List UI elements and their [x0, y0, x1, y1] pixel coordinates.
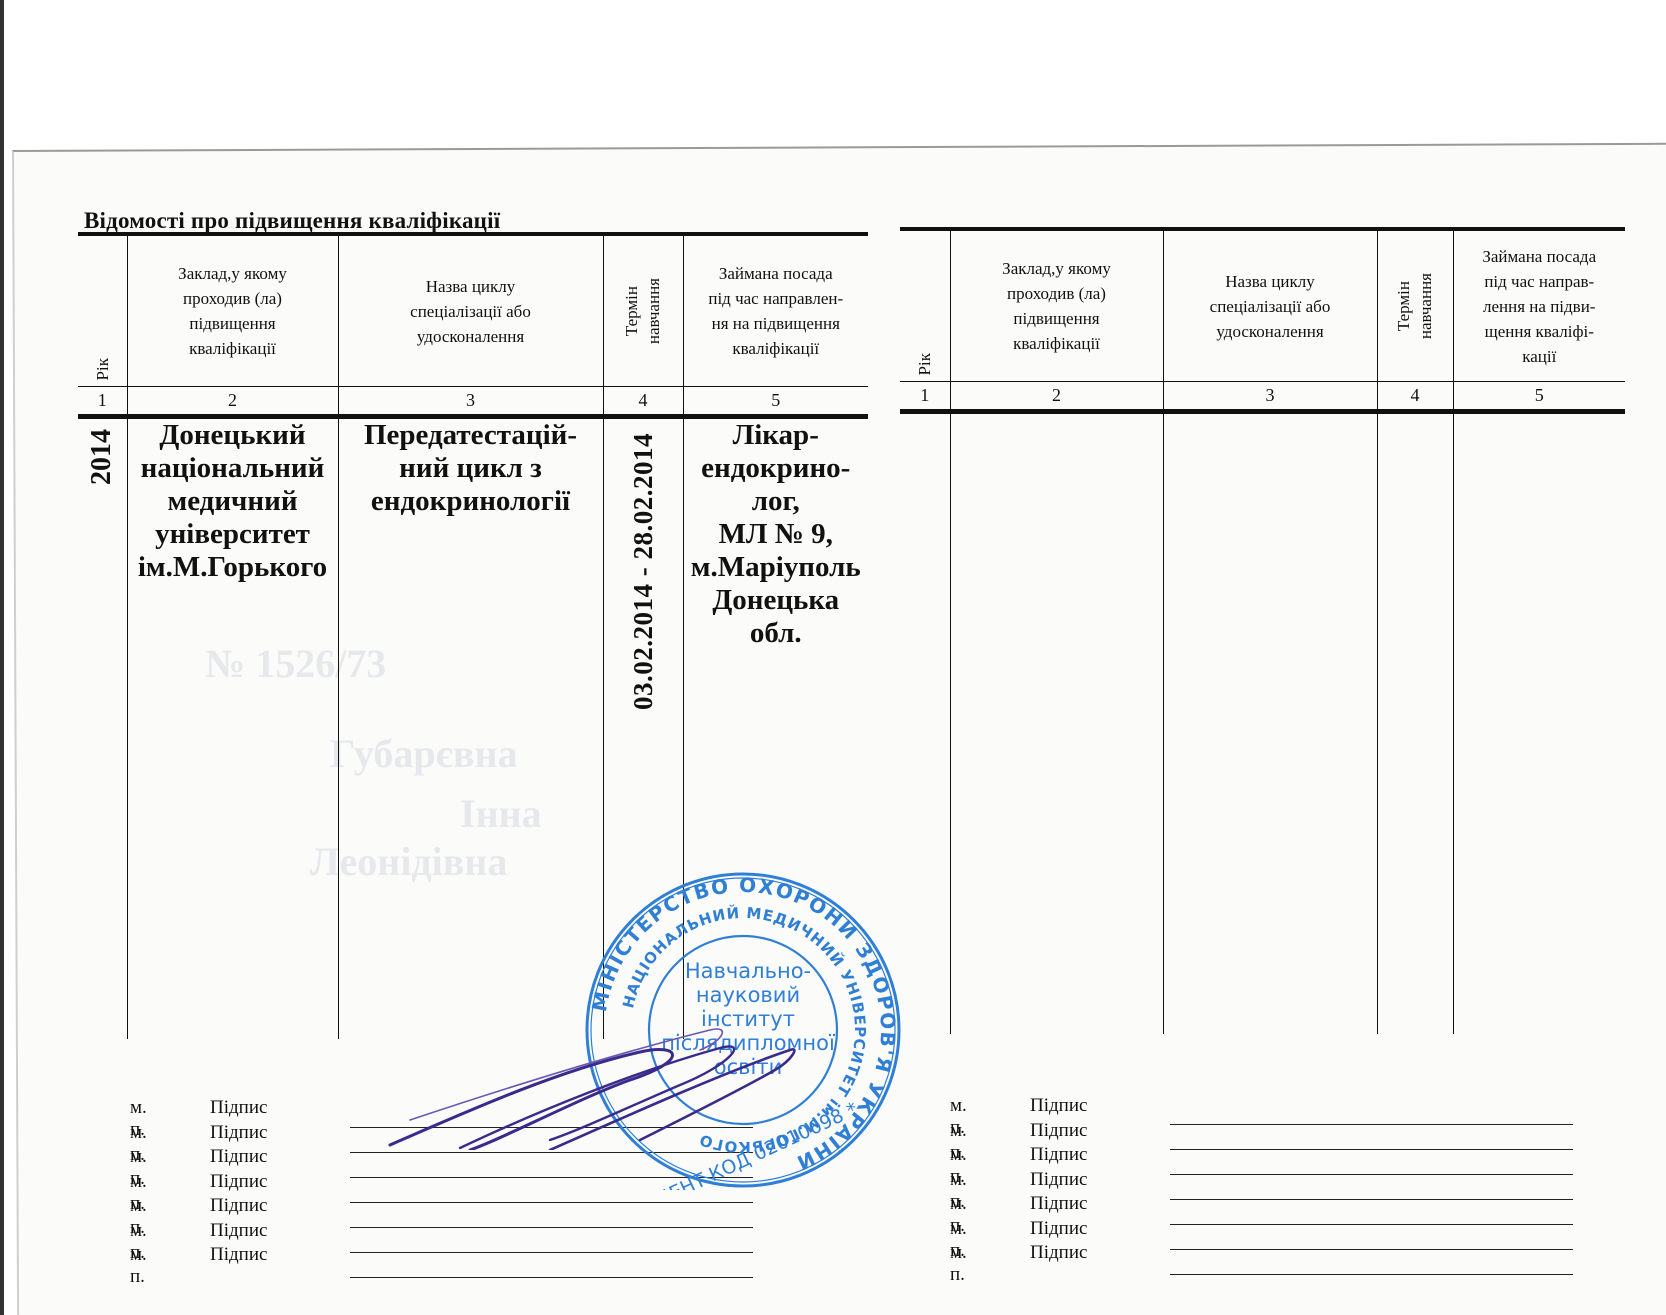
signature-label: Підпис: [210, 1171, 267, 1193]
signature-label: Підпис: [1030, 1193, 1087, 1215]
column-number: 5: [683, 387, 868, 417]
signature-line: [350, 1277, 753, 1278]
signature-label: Підпис: [1030, 1144, 1087, 1166]
cell-cycle-name: [1163, 412, 1377, 1035]
signature-line: [1170, 1174, 1573, 1175]
signature-line: [1170, 1124, 1573, 1125]
cell-year: 2014: [78, 417, 127, 1040]
signature-label: Підпис: [1030, 1169, 1087, 1191]
scan-edge: [0, 0, 4, 1315]
scan-margin: [0, 0, 1666, 150]
header-institution: Заклад,у якому проходив (ла) підвищення …: [127, 234, 338, 387]
cell-institution: Донецький національний медичний універси…: [127, 417, 338, 1040]
table-header-row: Рік Заклад,у якому проходив (ла) підвище…: [900, 229, 1625, 382]
signature-label: Підпис: [1030, 1120, 1087, 1142]
column-number: 1: [78, 387, 127, 417]
table-header-row: Рік Заклад,у якому проходив (ла) підвище…: [78, 234, 868, 387]
header-year: Рік: [78, 234, 127, 387]
column-number-row: 1 2 3 4 5: [78, 387, 868, 417]
signature-label: Підпис: [210, 1244, 267, 1266]
cell-position: [1453, 412, 1625, 1035]
svg-text:Навчально-: Навчально-: [685, 959, 811, 983]
qualification-table-right: Рік Заклад,у якому проходив (ла) підвище…: [900, 227, 1625, 1034]
column-number: 5: [1453, 382, 1625, 412]
signature-label: Підпис: [210, 1097, 267, 1119]
cell-cycle-name: Передатестацій- ний цикл з ендокринологі…: [338, 417, 603, 1040]
signature-line: [350, 1227, 753, 1228]
header-cycle-name: Назва циклу спеціалізації або удосконале…: [338, 234, 603, 387]
header-term: Терміннавчання: [603, 234, 683, 387]
header-year: Рік: [900, 229, 950, 382]
header-position: Займана посада під час направлен- ня на …: [683, 234, 868, 387]
handwritten-signature: [380, 1000, 800, 1150]
signature-label: Підпис: [210, 1195, 267, 1217]
cell-institution: [950, 412, 1163, 1035]
signature-line: [350, 1252, 753, 1253]
column-number: 4: [1377, 382, 1453, 412]
header-institution: Заклад,у якому проходив (ла) підвищення …: [950, 229, 1163, 382]
signature-line: [1170, 1274, 1573, 1275]
signature-label: Підпис: [1030, 1218, 1087, 1240]
signature-line: [1170, 1249, 1573, 1250]
table-row-empty: [900, 412, 1625, 1035]
signature-line: [1170, 1199, 1573, 1200]
header-position: Займана посада під час направ- лення на …: [1453, 229, 1625, 382]
signature-line: [1170, 1149, 1573, 1150]
seal-place-label: м. п.: [130, 1244, 147, 1288]
signature-label: Підпис: [210, 1220, 267, 1242]
cell-term: [1377, 412, 1453, 1035]
column-number: 1: [900, 382, 950, 412]
signature-label: Підпис: [1030, 1242, 1087, 1264]
header-cycle-name: Назва циклу спеціалізації або удосконале…: [1163, 229, 1377, 382]
signature-line: [1170, 1224, 1573, 1225]
column-number: 2: [950, 382, 1163, 412]
cell-year: [900, 412, 950, 1035]
page-title: Відомості про підвищення кваліфікації: [84, 208, 500, 234]
signature-label: Підпис: [1030, 1095, 1087, 1117]
signature-line: [350, 1202, 753, 1203]
column-number: 2: [127, 387, 338, 417]
header-term: Терміннавчання: [1377, 229, 1453, 382]
column-number: 4: [603, 387, 683, 417]
signature-label: Підпис: [210, 1122, 267, 1144]
column-number: 3: [1163, 382, 1377, 412]
column-number: 3: [338, 387, 603, 417]
seal-place-label: м. п.: [950, 1242, 967, 1286]
column-number-row: 1 2 3 4 5: [900, 382, 1625, 412]
signature-label: Підпис: [210, 1146, 267, 1168]
